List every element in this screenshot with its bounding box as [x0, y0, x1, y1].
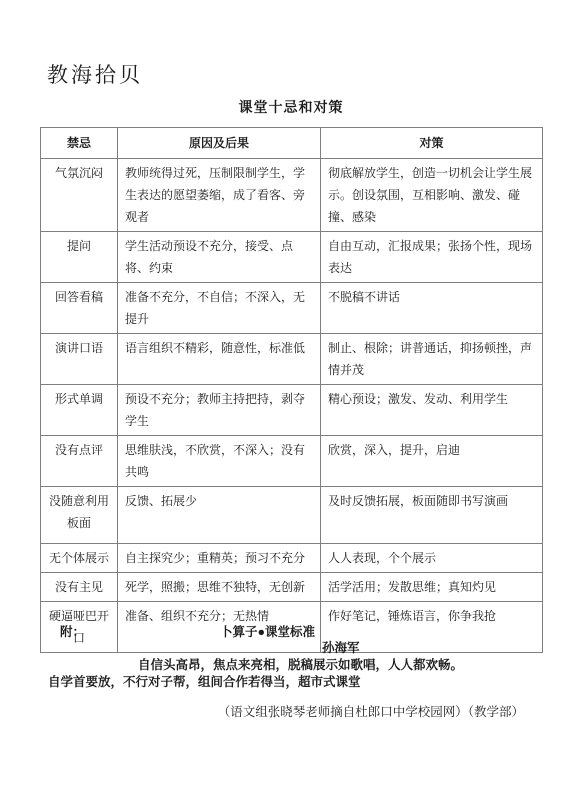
table-row: 没有主见 死学，照搬；思维不独特，无创新 活学活用；发散思维；真知灼见 — [41, 573, 543, 602]
taboo-cell: 演讲口语 — [41, 334, 118, 385]
table-row: 回答看稿 准备不充分，不自信；不深入，无提升 不脱稿不讲话 — [41, 283, 543, 334]
taboo-cell: 没随意利用板面 — [41, 487, 118, 544]
table-row: 提问 学生活动预设不充分，接受、点将、约束 自由互动，汇报成果；张扬个性，现场表… — [41, 232, 543, 283]
cause-cell: 反馈、拓展少 — [118, 487, 321, 544]
table-row: 形式单调 预设不充分；教师主持把持，剥夺学生 精心预设；激发、发动、利用学生 — [41, 385, 543, 436]
poem-line-2: 自学首要放，不行对子帮，组间合作若得当，超市式课堂 — [48, 672, 361, 690]
table-title: 课堂十忌和对策 — [0, 97, 582, 117]
cause-cell: 自主探究少；重精英；预习不充分 — [118, 544, 321, 573]
cause-cell: 准备不充分，不自信；不深入，无提升 — [118, 283, 321, 334]
poem-title: 卜算子●课堂标准 — [220, 622, 315, 640]
document-page: 教海拾贝 课堂十忌和对策 禁忌 原因及后果 对策 气氛沉闷 教师统得过死，压制限… — [0, 0, 582, 800]
cause-cell: 思维肤浅，不欣赏，不深入；没有共鸣 — [118, 436, 321, 487]
taboo-cell: 回答看稿 — [41, 283, 118, 334]
poem-author: 孙海军 — [322, 638, 360, 656]
attribution-note: （语文组张晓琴老师摘自杜郎口中学校园网）（教学部） — [0, 702, 524, 720]
cause-cell: 死学，照搬；思维不独特，无创新 — [118, 573, 321, 602]
strategy-cell: 精心预设；激发、发动、利用学生 — [321, 385, 543, 436]
strategy-cell: 欣赏，深入，提升，启迪 — [321, 436, 543, 487]
taboo-cell: 无个体展示 — [41, 544, 118, 573]
header-row: 禁忌 原因及后果 对策 — [41, 128, 543, 159]
taboo-cell: 形式单调 — [41, 385, 118, 436]
table-row: 演讲口语 语言组织不精彩，随意性，标准低 制止、根除；讲普通话，抑扬顿挫，声情并… — [41, 334, 543, 385]
header-cause: 原因及后果 — [118, 128, 321, 159]
cause-cell: 学生活动预设不充分，接受、点将、约束 — [118, 232, 321, 283]
taboo-cell: 没有点评 — [41, 436, 118, 487]
table-row: 无个体展示 自主探究少；重精英；预习不充分 人人表现，个个展示 — [41, 544, 543, 573]
page-title: 教海拾贝 — [47, 59, 143, 89]
poem-line-1: 自信头高昂，焦点来亮相，脱稿展示如歌唱，人人都欢畅。 — [138, 655, 463, 673]
cause-cell: 预设不充分；教师主持把持，剥夺学生 — [118, 385, 321, 436]
header-strategy: 对策 — [321, 128, 543, 159]
strategy-cell: 彻底解放学生，创造一切机会让学生展示。创设氛围，互相影响、激发、碰撞、感染 — [321, 159, 543, 232]
header-taboo: 禁忌 — [41, 128, 118, 159]
strategy-cell: 活学活用；发散思维；真知灼见 — [321, 573, 543, 602]
table-row: 没随意利用板面 反馈、拓展少 及时反馈拓展，板面随即书写演画 — [41, 487, 543, 544]
strategy-cell: 不脱稿不讲话 — [321, 283, 543, 334]
table-row: 气氛沉闷 教师统得过死，压制限制学生，学生表达的愿望萎缩，成了看客、旁观者 彻底… — [41, 159, 543, 232]
taboo-strategy-table: 禁忌 原因及后果 对策 气氛沉闷 教师统得过死，压制限制学生，学生表达的愿望萎缩… — [40, 127, 543, 653]
taboo-cell: 提问 — [41, 232, 118, 283]
cause-cell: 教师统得过死，压制限制学生，学生表达的愿望萎缩，成了看客、旁观者 — [118, 159, 321, 232]
appendix-label: 附： — [60, 622, 85, 640]
cause-cell: 语言组织不精彩，随意性，标准低 — [118, 334, 321, 385]
strategy-cell: 人人表现，个个展示 — [321, 544, 543, 573]
strategy-cell: 及时反馈拓展，板面随即书写演画 — [321, 487, 543, 544]
strategy-cell: 制止、根除；讲普通话，抑扬顿挫，声情并茂 — [321, 334, 543, 385]
table-row: 没有点评 思维肤浅，不欣赏，不深入；没有共鸣 欣赏，深入，提升，启迪 — [41, 436, 543, 487]
strategy-cell: 自由互动，汇报成果；张扬个性，现场表达 — [321, 232, 543, 283]
taboo-cell: 没有主见 — [41, 573, 118, 602]
taboo-cell: 气氛沉闷 — [41, 159, 118, 232]
